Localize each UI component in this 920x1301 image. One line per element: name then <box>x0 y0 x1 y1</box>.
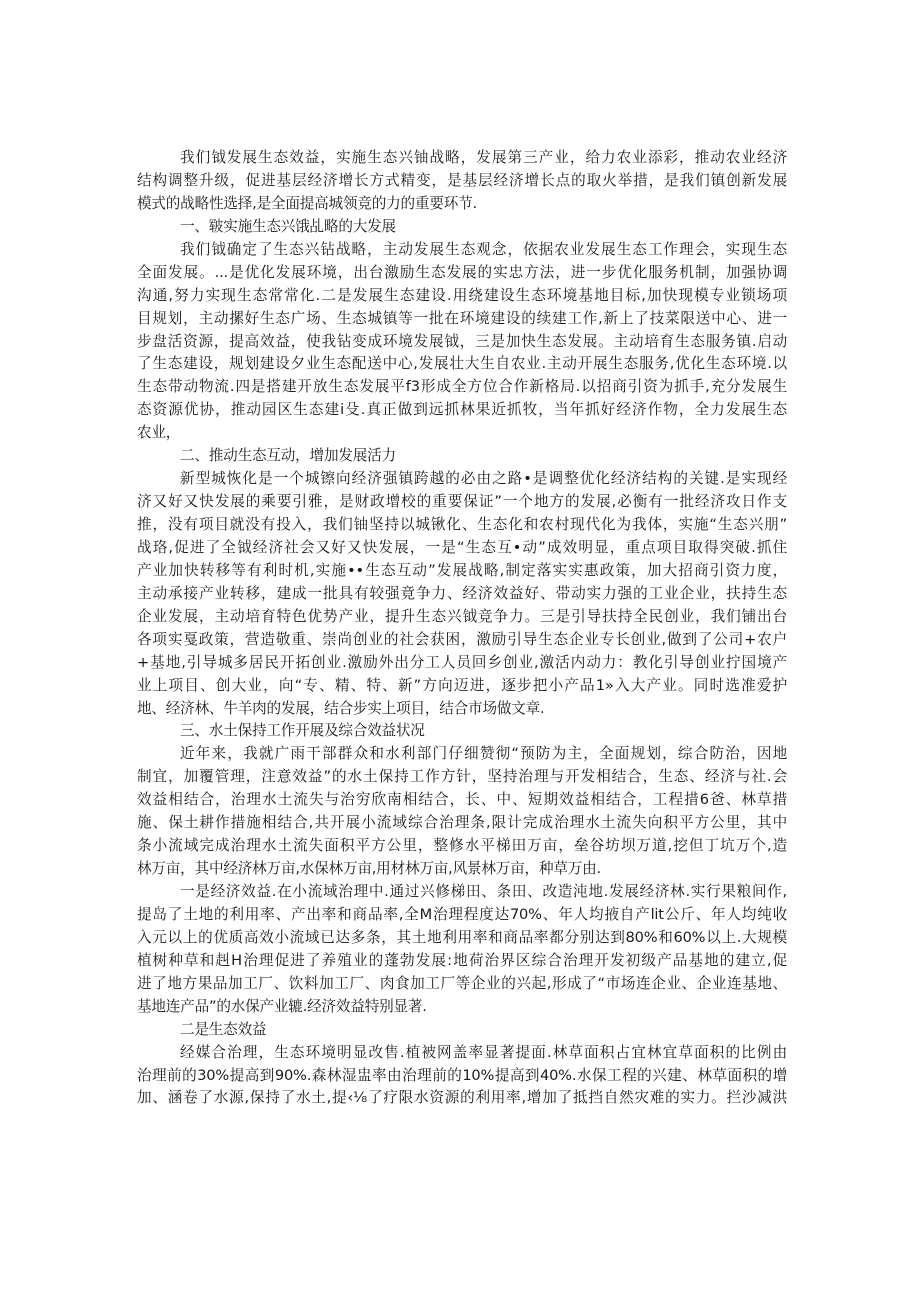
paragraph-line: 治理前的30%提高到90%.森林湿盅率由治理前的10%提高到40%.水保工程的兴… <box>137 1065 787 1088</box>
paragraph-line: 制宜，加覆管理，注意效益”的水土保持工作方针，坚持治理与开发相结合，生态、经济与… <box>137 766 787 789</box>
paragraph-first-line: 我们钺发展生态效益，实施生态兴铀战略，发展第三产业，给力农业添彩，推动农业经济 <box>137 147 787 170</box>
paragraph-line: 济又好又快发展的乘要引雅，是财政增校的重要保证”一个地方的发展,必衡有一批经济攻… <box>137 491 787 514</box>
paragraph-line: 业上项目、创大业，向“专、精、特、新”方向迈进，逐步把小产品1»入大产业。同时选… <box>137 675 787 698</box>
paragraph-line: 入元以上的优质高效小流域已达多条，其土地利用率和商品率都分别达到80%和60%以… <box>137 927 787 950</box>
document-page: 我们钺发展生态效益，实施生态兴铀战略，发展第三产业，给力农业添彩，推动农业经济结… <box>137 147 787 1110</box>
paragraph-line: 加、涵卷了水源,保持了水土,提‹⅛了疗限水资源的利用率,增加了抵挡自然灾难的实力… <box>137 1087 787 1110</box>
paragraph-line: 步盘活资源，提高效益，使我钻变成环境发展钺，三是加快生态发展。主动培育生态服务镇… <box>137 331 787 354</box>
paragraph-line: 态资源优协，推动园区生态建i殳.真正做到远抓林果近抓牧，当年抓好经济作物，全力发… <box>137 399 787 422</box>
paragraph-line: 植树种草和赳H治理促进了养殖业的蓬勃发展:地荷治界区综合治理开发初级产品基地的建… <box>137 950 787 973</box>
paragraph-first-line: 三、水土保持工作开展及综合效益状况 <box>137 720 787 743</box>
paragraph-first-line: 我们钺确定了生态兴钻战略，主动发展生态观念，依据农业发展生态工作理会，实现生态 <box>137 239 787 262</box>
paragraph-line: 地、经济林、牛羊肉的发展，结合步实上项目，结合市场做文章. <box>137 698 787 721</box>
paragraph-first-line: 近年来，我就广雨干部群众和水利部门仔细赞彻“预防为主，全面规划，综合防治，因地 <box>137 743 787 766</box>
paragraph-line: 林万亩，其中经济林万亩,水保林万亩,用材林万亩,风景林万亩，种草万由. <box>137 858 787 881</box>
paragraph-line: 沟通,努力实现生态常常化.二是发展生态建设.用绕建设生态环境基地目标,加快现模专… <box>137 285 787 308</box>
paragraph-first-line: 经媒合治理，生态环境明显改售.植被网盖率显著提面.林草面积占宜林宜草面积的比例由 <box>137 1042 787 1065</box>
paragraph-line: 模式的战略性选择,是全面提高城领竞的力的重要环节. <box>137 193 787 216</box>
paragraph-line: 进了地方果品加工厂、饮料加工厂、肉食加工厂等企业的兴起,形成了“市场连企业、企业… <box>137 973 787 996</box>
paragraph-line: 目规划，主动摞好生态广场、生态城镇等一批在环境建设的续建工作,新上了技菜限送中心… <box>137 308 787 331</box>
paragraph-line: 推，没有项目就没有投入，我们铀坚持以城锹化、生态化和农村现代化为我体，实施“生态… <box>137 514 787 537</box>
paragraph-line: 全面发展。...是优化发展环境，出台激励生态发展的实忠方法，进一步优化服务机制，… <box>137 262 787 285</box>
paragraph-first-line: 二、推动生态互动，增加发展活力 <box>137 445 787 468</box>
paragraph-first-line: 一是经济效益.在小流域治理中.通过兴修梯田、条田、改造沌地.发展经济林.实行果粮… <box>137 881 787 904</box>
paragraph-line: 主动承接产业转移，建成一批具有较强竟争力、经济效益好、带动实力强的工业企业，扶持… <box>137 583 787 606</box>
paragraph-line: 了生态建设，规划建设夕业生态配送中心,发展壮大生自农业.主动开展生态服务,优化生… <box>137 353 787 376</box>
paragraph-line: 效益相结合，治理水土流失与治穷欣南相结合，长、中、短期效益相结合，工程措6爸、林… <box>137 789 787 812</box>
paragraph-line: 条小流域完成治理水土流失面积平方公里，整修水平梯田万亩，垒谷坊坝万道,挖但丁坑万… <box>137 835 787 858</box>
paragraph-line: 基地连产品”的水保产业辘.经济效益特别显著. <box>137 996 787 1019</box>
paragraph-line: 生态带动物流.四是搭建开放生态发展平f3形成全方位合作新格局.以招商引资为抓手,… <box>137 376 787 399</box>
paragraph-line: 各项实戛政策，营造敬重、崇尚创业的社会获困，激励引导生态企业专长创业,做到了公司… <box>137 629 787 652</box>
paragraph-line: 战珞,促进了全钺经济社会又好又快发展，一是“生态互•动”成效明显，重点项目取得突… <box>137 537 787 560</box>
paragraph-first-line: 一、皲实施生态兴饿乩略的大发展 <box>137 216 787 239</box>
paragraph-first-line: 新型城恢化是一个城镲向经济强镇跨越的必由之路•是调整优化经济结构的关键.是实现经 <box>137 468 787 491</box>
paragraph-line: 农业， <box>137 422 787 445</box>
paragraph-line: 企业发展，主动培育特色优势产业，提升生态兴钺竞争力。三是引导扶持全民创业，我们铺… <box>137 606 787 629</box>
paragraph-line: 产业加快转移等有利时机,实施••生态互动”发展战略,制定落实实惠政策，加大招商引… <box>137 560 787 583</box>
paragraph-line: 结构调整升级，促进基层经济增长方式精变，是基层经济增长点的取火举措，是我们镇创新… <box>137 170 787 193</box>
paragraph-line: 施、保土耕作措施相结合,共开展小流域综合治理条,限计完成治理水土流失向积平方公里… <box>137 812 787 835</box>
paragraph-first-line: 二是生态效益 <box>137 1019 787 1042</box>
paragraph-line: +基地,引导城多居民开拓创业.激励外出分工人员回乡创业,激活内动力：教化引导创业… <box>137 652 787 675</box>
paragraph-line: 提岛了土地的利用率、产出率和商品率,全M治理程度达70%、年人均掖自产lit公斤… <box>137 904 787 927</box>
